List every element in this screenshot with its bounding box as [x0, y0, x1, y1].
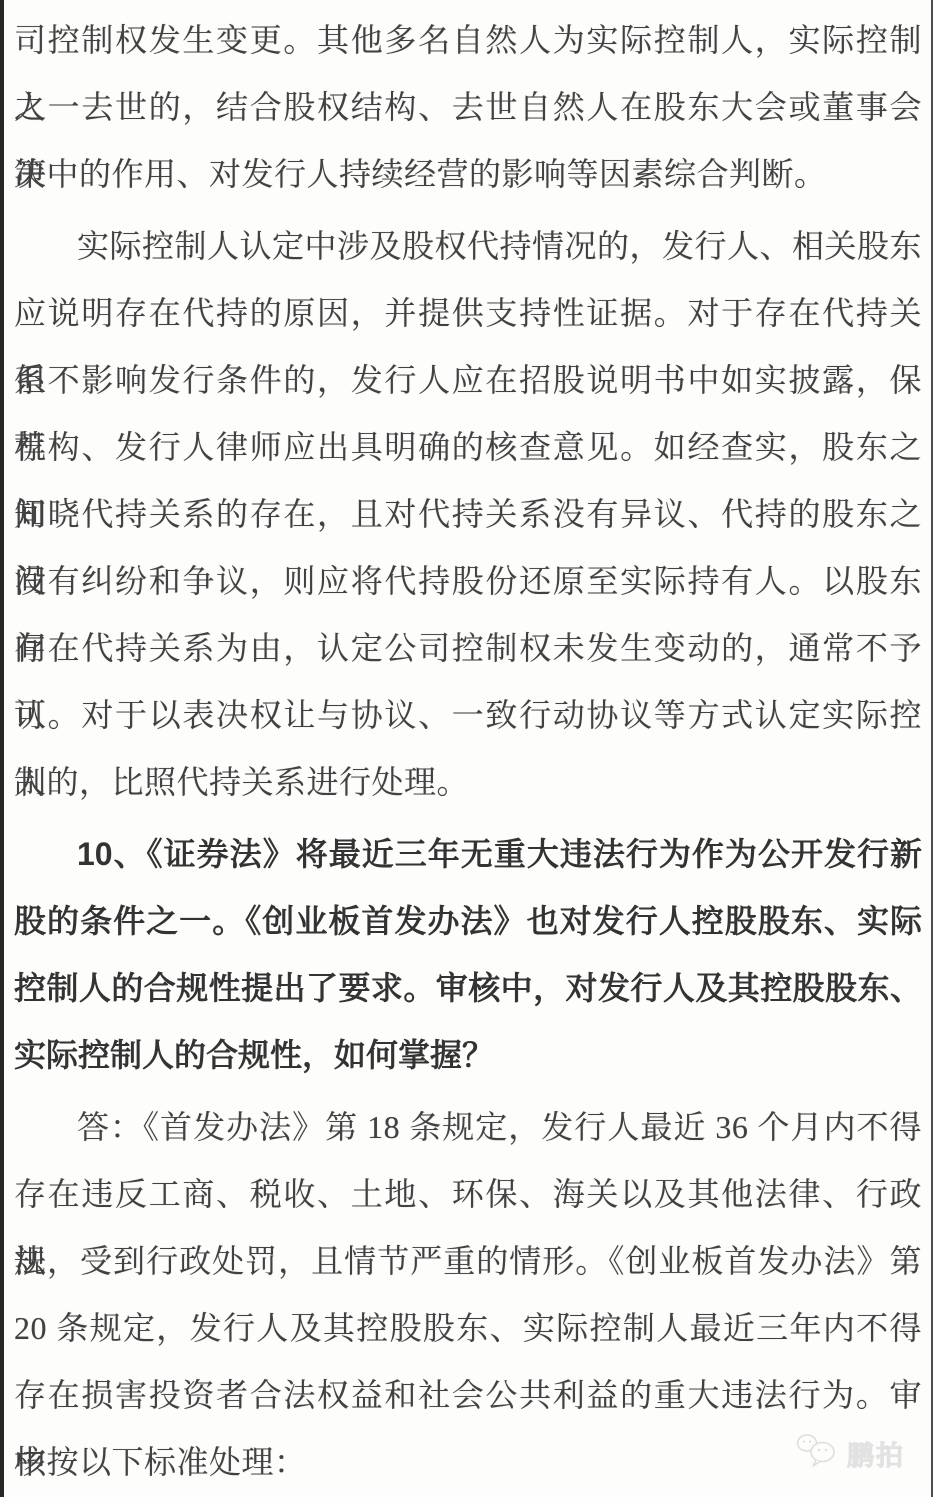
text-line: 控制人的合规性提出了要求。审核中，对发行人及其控股股东、 — [14, 955, 922, 1022]
text-line: 机构、发行人律师应出具明确的核查意见。如经查实，股东之间 — [14, 414, 922, 481]
text-line: 存在违反工商、税收、土地、环保、海关以及其他法律、行政法 — [14, 1161, 922, 1228]
question-paragraph: 10、《证券法》将最近三年无重大违法行为作为公开发行新 股的条件之一。《创业板首… — [14, 821, 922, 1089]
text-line: 策中的作用、对发行人持续经营的影响等因素综合判断。 — [14, 141, 922, 208]
document-page: 司控制权发生变更。其他多名自然人为实际控制人，实际控制人 之一去世的，结合股权结… — [0, 0, 933, 1497]
text-line: 存在代持关系为由，认定公司控制权未发生变动的，通常不予认 — [14, 615, 922, 682]
text-line: 但不影响发行条件的，发行人应在招股说明书中如实披露，保荐 — [14, 347, 922, 414]
text-line: 存在损害投资者合法权益和社会公共利益的重大违法行为。审核 — [14, 1362, 922, 1429]
text-line: 中按以下标准处理： — [14, 1429, 922, 1496]
text-line: 实际控制人认定中涉及股权代持情况的，发行人、相关股东 — [14, 213, 922, 280]
text-line: 人的，比照代持关系进行处理。 — [14, 749, 922, 816]
paragraph: 实际控制人认定中涉及股权代持情况的，发行人、相关股东 应说明存在代持的原因，并提… — [14, 213, 922, 816]
text-line: 可。对于以表决权让与协议、一致行动协议等方式认定实际控制 — [14, 682, 922, 749]
text-line: 没有纠纷和争议，则应将代持股份还原至实际持有人。以股东间 — [14, 548, 922, 615]
text-line: 之一去世的，结合股权结构、去世自然人在股东大会或董事会决 — [14, 74, 922, 141]
text-line: 20 条规定，发行人及其控股股东、实际控制人最近三年内不得 — [14, 1295, 922, 1362]
text-line: 股的条件之一。《创业板首发办法》也对发行人控股股东、实际 — [14, 888, 922, 955]
text-line: 10、《证券法》将最近三年无重大违法行为作为公开发行新 — [14, 821, 922, 888]
answer-paragraph: 答：《首发办法》第 18 条规定，发行人最近 36 个月内不得 存在违反工商、税… — [14, 1094, 922, 1496]
text-line: 答：《首发办法》第 18 条规定，发行人最近 36 个月内不得 — [14, 1094, 922, 1161]
text-line: 实际控制人的合规性，如何掌握？ — [14, 1022, 922, 1089]
paragraph: 司控制权发生变更。其他多名自然人为实际控制人，实际控制人 之一去世的，结合股权结… — [14, 7, 922, 208]
text-line: 司控制权发生变更。其他多名自然人为实际控制人，实际控制人 — [14, 7, 922, 74]
text-line: 应说明存在代持的原因，并提供支持性证据。对于存在代持关系 — [14, 280, 922, 347]
text-line: 规，受到行政处罚，且情节严重的情形。《创业板首发办法》第 — [14, 1228, 922, 1295]
text-line: 知晓代持关系的存在，且对代持关系没有异议、代持的股东之间 — [14, 481, 922, 548]
